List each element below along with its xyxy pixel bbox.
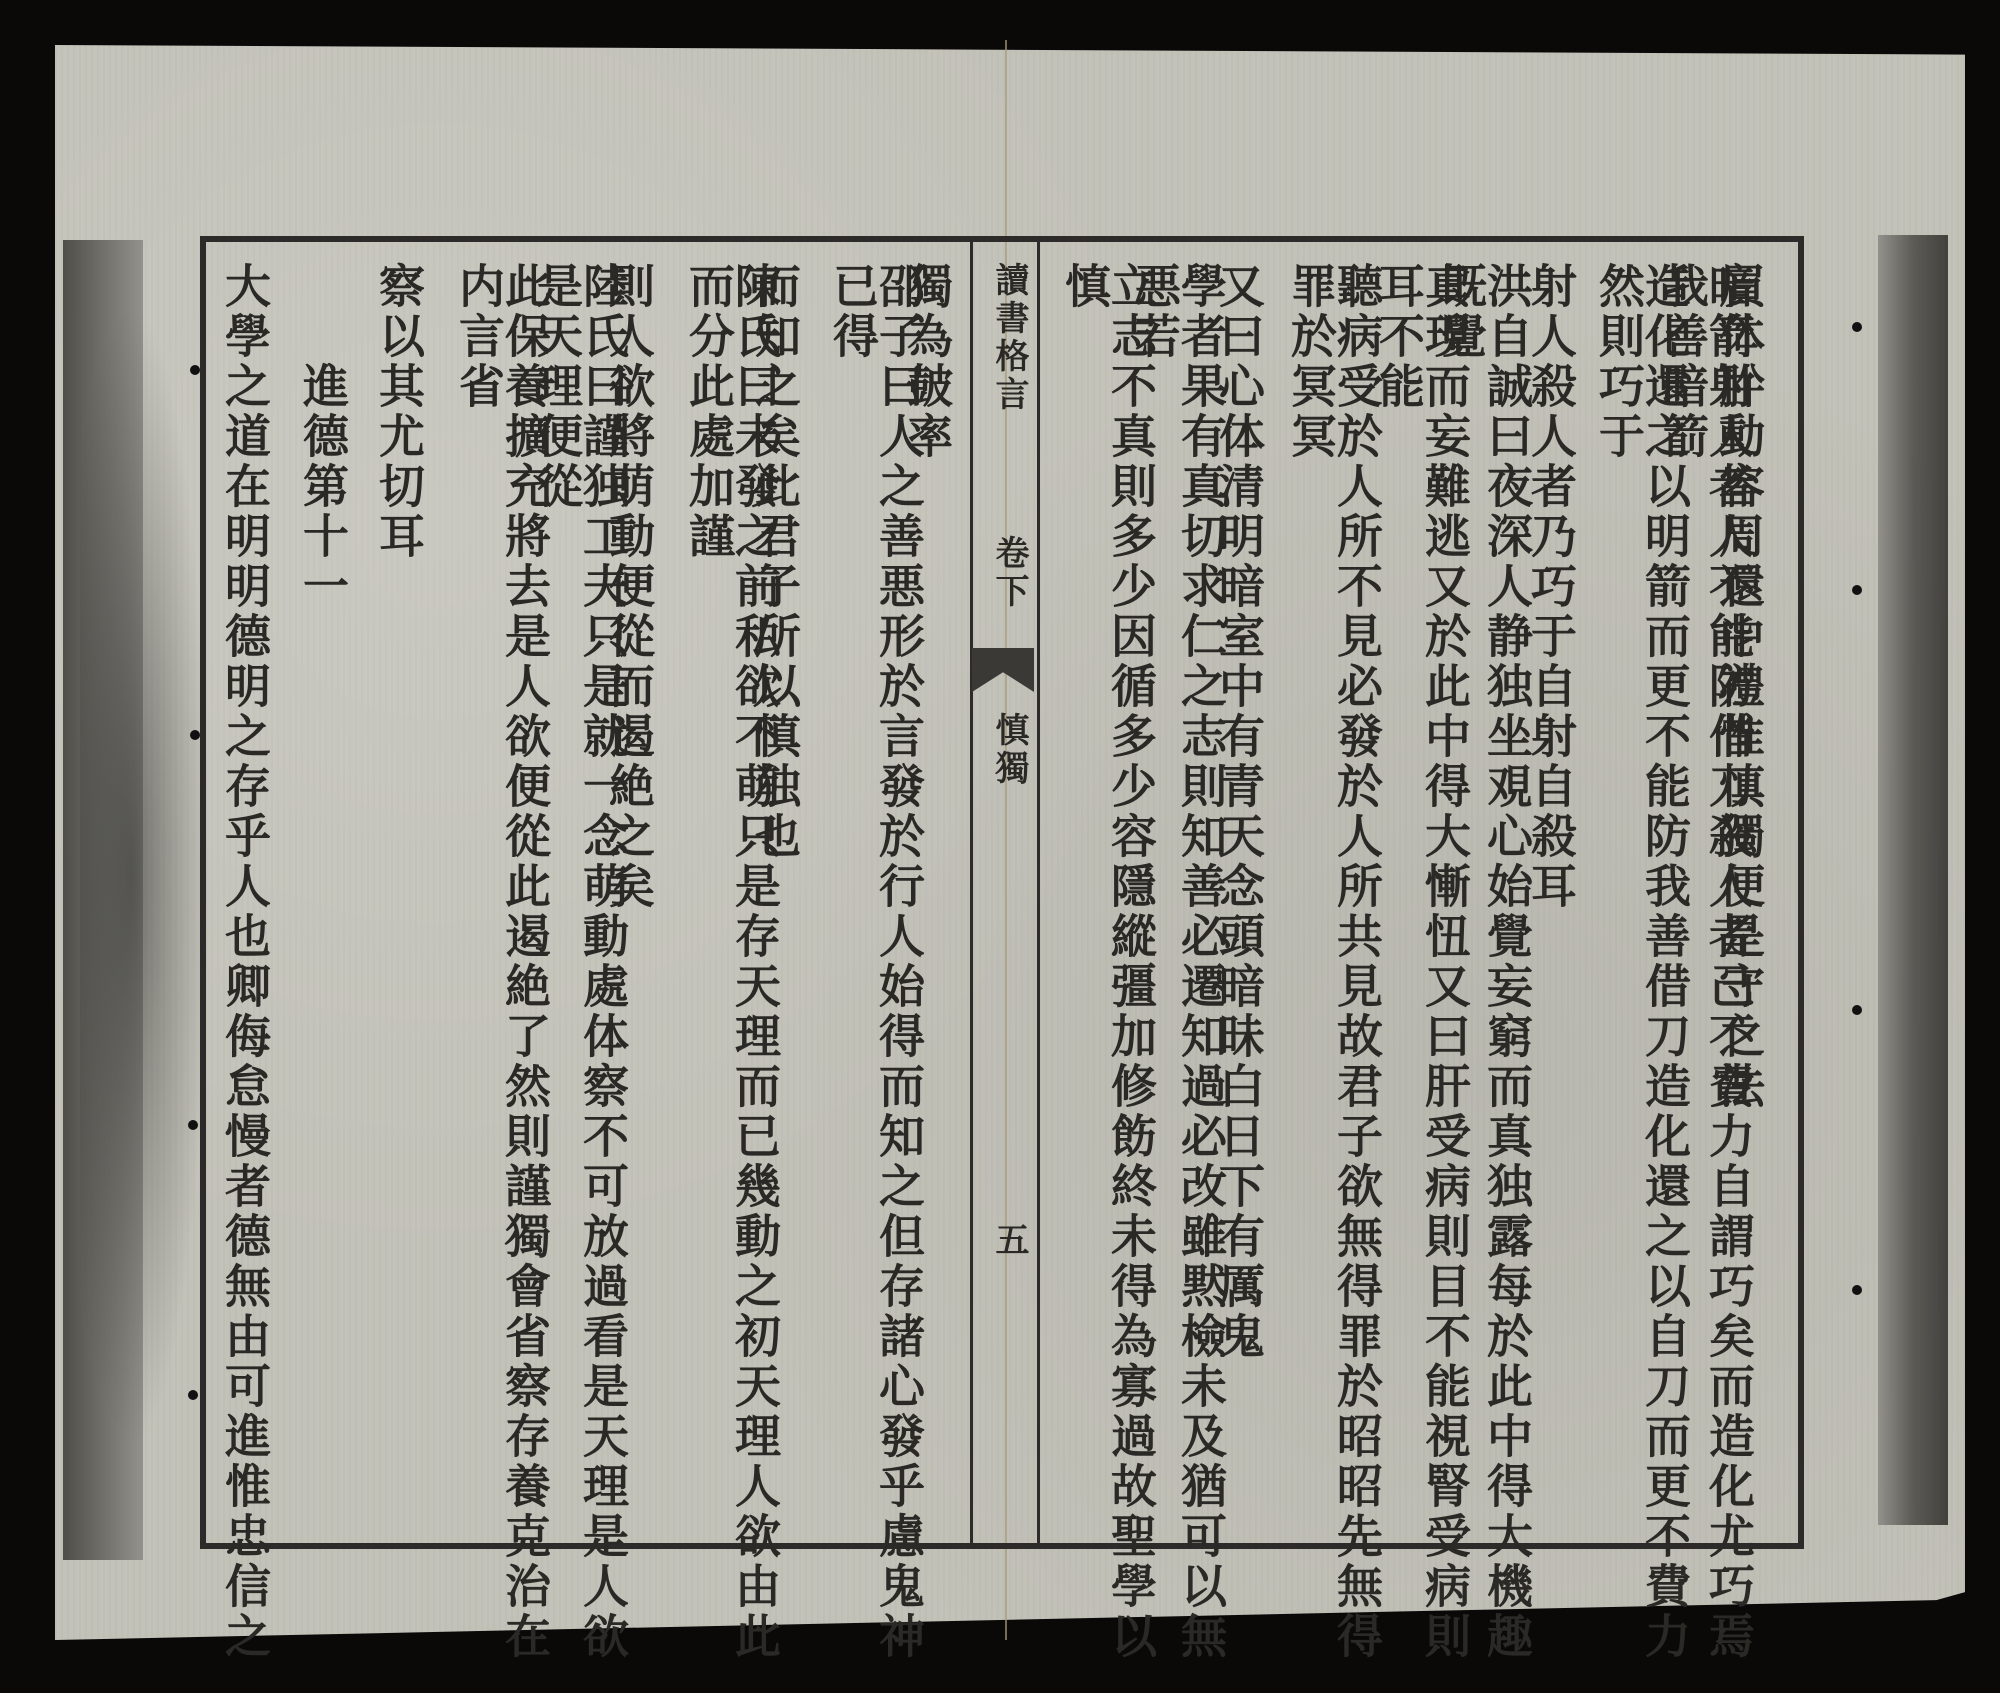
book-title: 讀書格言 bbox=[985, 262, 1034, 414]
binding-hole bbox=[1852, 1005, 1862, 1015]
page-number: 五 bbox=[985, 1222, 1034, 1260]
left-col-2: 邵子曰人之善悪形於言發於行人始得而知之但存諸心發乎慮鬼神已得 bbox=[830, 262, 922, 1693]
chapter-heading: 進德第十一 bbox=[300, 362, 346, 612]
center-spine-column bbox=[970, 236, 1040, 1549]
binding-hole bbox=[190, 365, 200, 375]
binding-hole bbox=[188, 1390, 198, 1400]
right-col-6: 真現而妄難逃又於此中得大慚忸又曰肝受病則目不能視腎受病則耳不能 bbox=[1376, 262, 1468, 1693]
right-margin-ink-stain bbox=[1878, 235, 1948, 1525]
section-label: 慎獨 bbox=[985, 712, 1034, 788]
left-col-10: 大學之道在明明德明之存乎人也卿侮怠慢者德無由可進惟忠信之 bbox=[222, 262, 268, 1662]
left-col-8: 察以其尤切耳 bbox=[376, 262, 422, 562]
left-col-7: 此保養擴充將去是人欲便從此遏絶了然則謹獨會省察存養克治在内言省 bbox=[456, 262, 548, 1693]
binding-hole bbox=[1852, 1285, 1862, 1295]
right-col-3: 造化還之以明箭而更不能防我善借刀造化還之以自刀而更不費力然則巧于 bbox=[1596, 262, 1688, 1693]
binding-hole bbox=[188, 1120, 198, 1130]
right-col-4: 射人殺人者乃巧于自射自殺耳 bbox=[1528, 262, 1574, 912]
right-col-10: 立志不真則多少因循多少容隱縱彊加修飭終未得為寡過故聖學以慎 bbox=[1062, 262, 1154, 1693]
binding-hole bbox=[1852, 585, 1862, 595]
binding-hole bbox=[190, 730, 200, 740]
binding-hole bbox=[1852, 322, 1862, 332]
left-col-4: 陳氏曰未發之前私欲不萌只是存天理而已幾動之初天理人欲由此而分此處加謹 bbox=[686, 262, 778, 1693]
volume-label: 卷下 bbox=[985, 535, 1034, 611]
ink-smudge bbox=[80, 300, 210, 1450]
right-col-7: 聽病受於人所不見必發於人所共見故君子欲無得罪於昭昭先無得罪於冥冥 bbox=[1288, 262, 1380, 1693]
